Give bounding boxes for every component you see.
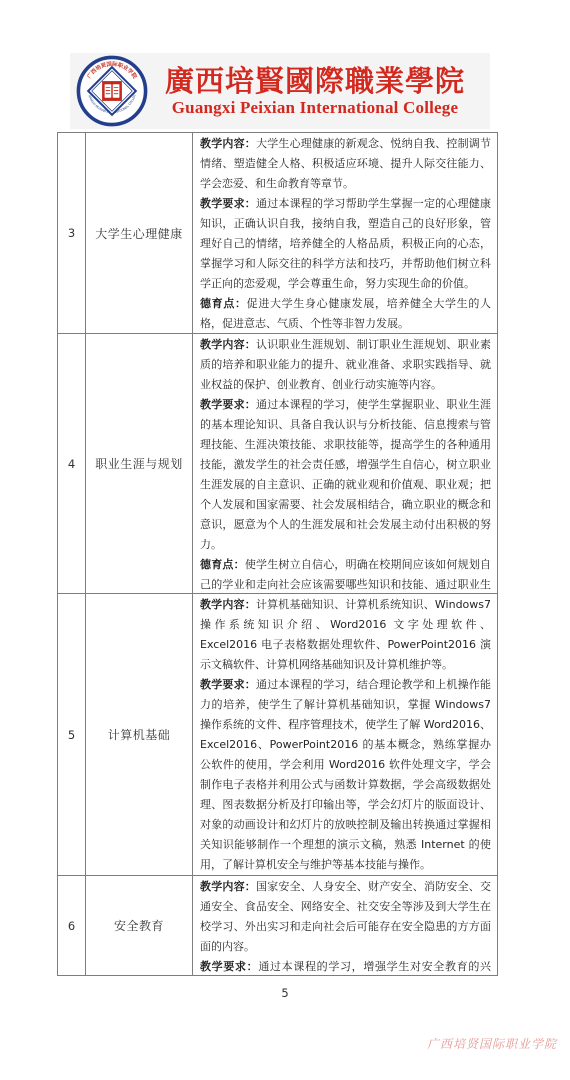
section-moral-point: 德育点：使学生树立自信心，明确在校期间应该如何规划自己的学业和走向社会应该需要哪…: [200, 555, 491, 591]
section-label: 德育点：: [200, 558, 245, 571]
section-teaching-requirements: 教学要求：通过本课程的学习，使学生掌握职业、职业生涯的基本理论知识、具备自我认识…: [200, 395, 491, 555]
course-name: 计算机基础: [86, 594, 193, 876]
section-label: 教学要求：: [200, 398, 256, 411]
course-name: 职业生涯与规划: [86, 334, 193, 594]
section-label: 教学要求：: [200, 678, 256, 691]
section-teaching-content: 教学内容：国家安全、人身安全、财产安全、消防安全、交通安全、食品安全、网络安全、…: [200, 877, 491, 957]
course-detail: 教学内容：国家安全、人身安全、财产安全、消防安全、交通安全、食品安全、网络安全、…: [193, 876, 498, 976]
course-detail: 教学内容：大学生心理健康的新观念、悦纳自我、控制调节情绪、塑造健全人格、积极适应…: [193, 133, 498, 334]
section-moral-point: 德育点：促进大学生身心健康发展，培养健全大学生的人格，促进意志、气质、个性等非智…: [200, 294, 491, 331]
course-name: 大学生心理健康: [86, 133, 193, 334]
course-detail: 教学内容：计算机基础知识、计算机系统知识、Windows7 操作系统知识介绍、W…: [193, 594, 498, 876]
course-number: 5: [58, 594, 86, 876]
course-detail-content: 教学内容：国家安全、人身安全、财产安全、消防安全、交通安全、食品安全、网络安全、…: [193, 876, 497, 973]
course-table: 3 大学生心理健康 教学内容：大学生心理健康的新观念、悦纳自我、控制调节情绪、塑…: [57, 132, 498, 976]
section-teaching-content: 教学内容：认识职业生涯规划、制订职业生涯规划、职业素质的培养和职业能力的提升、就…: [200, 335, 491, 395]
college-seal-logo: 广西培贤国际职业学院 GUANGXI PEIXIAN INTERNATIONAL…: [76, 55, 148, 127]
course-detail-content: 教学内容：计算机基础知识、计算机系统知识、Windows7 操作系统知识介绍、W…: [193, 594, 497, 873]
college-name-en: Guangxi Peixian International College: [148, 99, 482, 116]
section-teaching-requirements: 教学要求：通过本课程的学习，增强学生对安全教育的兴趣，激发其学习的主动性和积极性…: [200, 957, 491, 973]
section-label: 德育点：: [200, 297, 247, 310]
section-text: 通过本课程的学习，使学生掌握职业、职业生涯的基本理论知识、具备自我认识与分析技能…: [200, 398, 491, 551]
section-text: 通过本课程的学习帮助学生掌握一定的心理健康知识，正确认识自我，接纳自我，塑造自己…: [200, 197, 491, 290]
section-text: 通过本课程的学习，结合理论教学和上机操作能力的培养，使学生了解计算机基础知识，掌…: [200, 678, 491, 871]
section-label: 教学内容：: [200, 598, 256, 611]
college-header-banner: 广西培贤国际职业学院 GUANGXI PEIXIAN INTERNATIONAL…: [70, 53, 490, 129]
course-number: 4: [58, 334, 86, 594]
college-titles: 廣西培賢國際職業學院 Guangxi Peixian International…: [148, 66, 490, 116]
course-detail-content: 教学内容：大学生心理健康的新观念、悦纳自我、控制调节情绪、塑造健全人格、积极适应…: [193, 133, 497, 331]
section-label: 教学内容：: [200, 338, 256, 351]
section-label: 教学要求：: [200, 197, 256, 210]
course-detail: 教学内容：认识职业生涯规划、制订职业生涯规划、职业素质的培养和职业能力的提升、就…: [193, 334, 498, 594]
section-label: 教学内容：: [200, 880, 256, 893]
section-label: 教学要求：: [200, 960, 258, 973]
college-name-zh: 廣西培賢國際職業學院: [148, 66, 482, 96]
course-detail-content: 教学内容：认识职业生涯规划、制订职业生涯规划、职业素质的培养和职业能力的提升、就…: [193, 334, 497, 591]
document-page: { "colors": { "brand_red": "#d3281e", "w…: [0, 0, 570, 1080]
page-number: 5: [0, 986, 570, 1000]
section-teaching-content: 教学内容：计算机基础知识、计算机系统知识、Windows7 操作系统知识介绍、W…: [200, 595, 491, 675]
section-teaching-requirements: 教学要求：通过本课程的学习，结合理论教学和上机操作能力的培养，使学生了解计算机基…: [200, 675, 491, 873]
section-teaching-requirements: 教学要求：通过本课程的学习帮助学生掌握一定的心理健康知识，正确认识自我，接纳自我…: [200, 194, 491, 294]
section-teaching-content: 教学内容：大学生心理健康的新观念、悦纳自我、控制调节情绪、塑造健全人格、积极适应…: [200, 134, 491, 194]
course-name: 安全教育: [86, 876, 193, 976]
table-row: 6 安全教育 教学内容：国家安全、人身安全、财产安全、消防安全、交通安全、食品安…: [58, 876, 498, 976]
section-label: 教学内容：: [200, 137, 256, 150]
table-row: 4 职业生涯与规划 教学内容：认识职业生涯规划、制订职业生涯规划、职业素质的培养…: [58, 334, 498, 594]
course-number: 3: [58, 133, 86, 334]
table-row: 5 计算机基础 教学内容：计算机基础知识、计算机系统知识、Windows7 操作…: [58, 594, 498, 876]
table-row: 3 大学生心理健康 教学内容：大学生心理健康的新观念、悦纳自我、控制调节情绪、塑…: [58, 133, 498, 334]
course-number: 6: [58, 876, 86, 976]
college-watermark: 广西培贤国际职业学院: [427, 1035, 557, 1052]
